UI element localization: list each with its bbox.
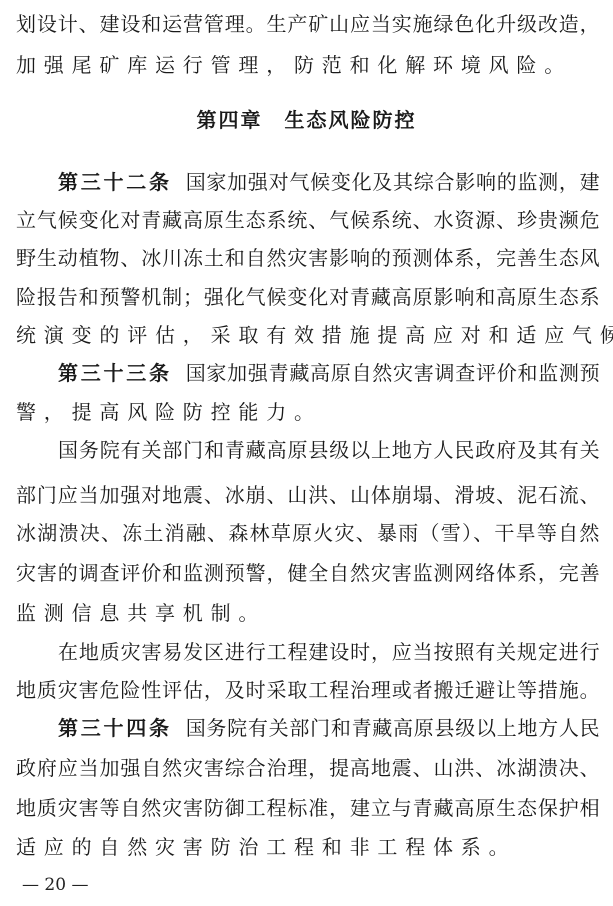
paragraph-line: 灾害的调查评价和监测预警，健全自然灾害监测网络体系，完善: [16, 558, 600, 588]
paragraph-line: 划设计、建设和运营管理。生产矿山应当实施绿色化升级改造，: [16, 9, 600, 39]
article-32-label: 第三十二条: [58, 170, 172, 194]
paragraph-line: 监测信息共享机制。: [16, 598, 600, 628]
article-33-first-line: 第三十三条国家加强青藏高原自然灾害调查评价和监测预: [58, 358, 600, 388]
article-34-label: 第三十四条: [58, 716, 172, 740]
chapter-title: 生态风险防控: [285, 108, 417, 132]
paragraph-line: 政府应当加强自然灾害综合治理，提高地震、山洪、冰湖溃决、: [16, 753, 600, 783]
paragraph-line: 适应的自然灾害防治工程和非工程体系。: [16, 832, 600, 862]
paragraph-line: 国务院有关部门和青藏高原县级以上地方人民政府及其有关: [58, 435, 600, 465]
article-32-first-line: 第三十二条国家加强对气候变化及其综合影响的监测，建: [58, 167, 600, 197]
paragraph-line: 立气候变化对青藏高原生态系统、气候系统、水资源、珍贵濒危: [16, 205, 600, 235]
document-page: 划设计、建设和运营管理。生产矿山应当实施绿色化升级改造， 加强尾矿库运行管理，防…: [0, 0, 613, 906]
paragraph-line: 地质灾害等自然灾害防御工程标准，建立与青藏高原生态保护相: [16, 793, 600, 823]
article-32-text: 国家加强对气候变化及其综合影响的监测，建: [186, 170, 601, 194]
chapter-heading: 第四章生态风险防控: [0, 105, 613, 135]
paragraph-line: 险报告和预警机制；强化气候变化对青藏高原影响和高原生态系: [16, 282, 600, 312]
paragraph-line: 野生动植物、冰川冻土和自然灾害影响的预测体系，完善生态风: [16, 243, 600, 273]
paragraph-line: 部门应当加强对地震、冰崩、山洪、山体崩塌、滑坡、泥石流、: [16, 480, 600, 510]
article-33-text: 国家加强青藏高原自然灾害调查评价和监测预: [186, 361, 601, 385]
paragraph-line: 统演变的评估，采取有效措施提高应对和适应气候变化能力。: [16, 320, 600, 350]
paragraph-line: 警，提高风险防控能力。: [16, 397, 600, 427]
article-33-label: 第三十三条: [58, 361, 172, 385]
page-number: — 20 —: [22, 873, 88, 897]
article-34-text: 国务院有关部门和青藏高原县级以上地方人民: [186, 716, 601, 740]
chapter-number: 第四章: [197, 108, 263, 132]
paragraph-line: 地质灾害危险性评估，及时采取工程治理或者搬迁避让等措施。: [16, 675, 600, 705]
paragraph-line: 冰湖溃决、冻土消融、森林草原火灾、暴雨（雪）、干旱等自然: [16, 518, 600, 548]
paragraph-line: 在地质灾害易发区进行工程建设时，应当按照有关规定进行: [58, 637, 600, 667]
paragraph-line: 加强尾矿库运行管理，防范和化解环境风险。: [16, 50, 600, 80]
article-34-first-line: 第三十四条国务院有关部门和青藏高原县级以上地方人民: [58, 713, 600, 743]
